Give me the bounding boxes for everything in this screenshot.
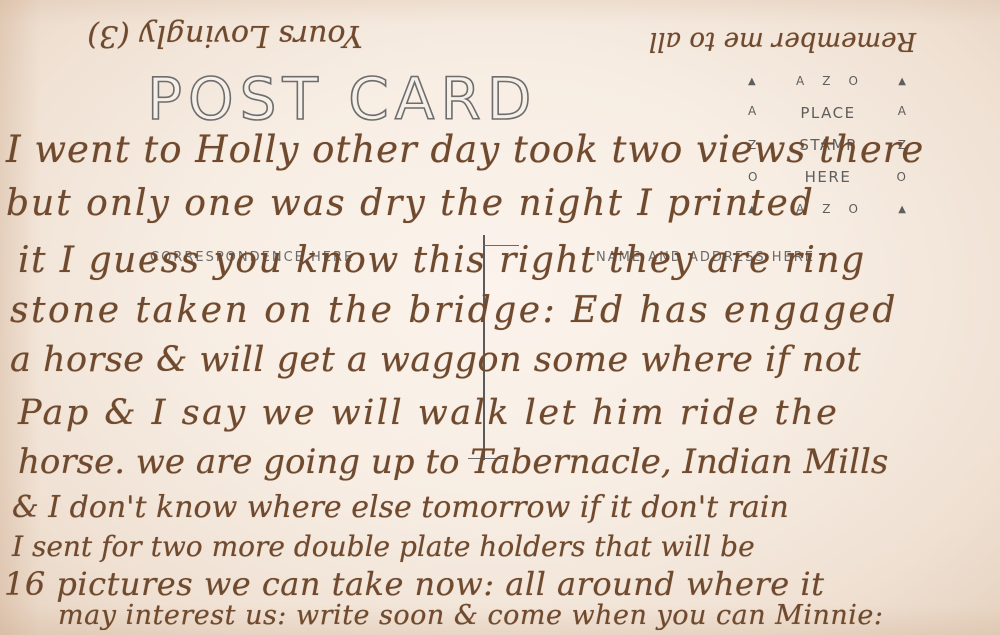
message-line-8: & I don't know where else tomorrow if it… — [12, 490, 789, 525]
message-line-4: stone taken on the bridge: Ed has engage… — [10, 290, 898, 331]
message-line-10: 16 pictures we can take now: all around … — [4, 565, 824, 603]
message-line-6: Pap & I say we will walk let him ride th… — [18, 393, 839, 433]
stamp-letter: O — [849, 202, 860, 216]
greeting-text: Remember me to all — [649, 26, 916, 56]
postcard-title: POST CARD — [147, 70, 537, 128]
upside-down-greeting: Remember me to all — [590, 26, 975, 56]
stamp-letter: Z — [822, 74, 832, 88]
signoff-text: Yours Lovingly (3) — [87, 18, 362, 53]
message-line-3: it I guess you know this right they are … — [18, 240, 866, 281]
stamp-top-row: ▲ A Z O ▲ — [748, 74, 908, 88]
stamp-letter: A — [796, 74, 806, 88]
message-line-7: horse. we are going up to Tabernacle, In… — [18, 442, 888, 482]
triangle-icon: ▲ — [898, 204, 908, 215]
stamp-letter: Z — [822, 202, 832, 216]
triangle-icon: ▲ — [748, 76, 758, 87]
message-line-9: I sent for two more double plate holders… — [12, 530, 755, 563]
message-line-5: a horse & will get a waggon some where i… — [10, 340, 861, 380]
message-line-11: may interest us: write soon & come when … — [58, 600, 883, 631]
postcard-back: Yours Lovingly (3) Remember me to all PO… — [0, 0, 1000, 635]
stamp-place: PLACE — [748, 104, 908, 122]
triangle-icon: ▲ — [898, 76, 908, 87]
message-line-2: but only one was dry the night I printed — [6, 183, 815, 224]
stamp-letter: O — [849, 74, 860, 88]
message-line-1: I went to Holly other day took two views… — [6, 128, 924, 171]
upside-down-signoff: Yours Lovingly (3) — [30, 18, 420, 53]
